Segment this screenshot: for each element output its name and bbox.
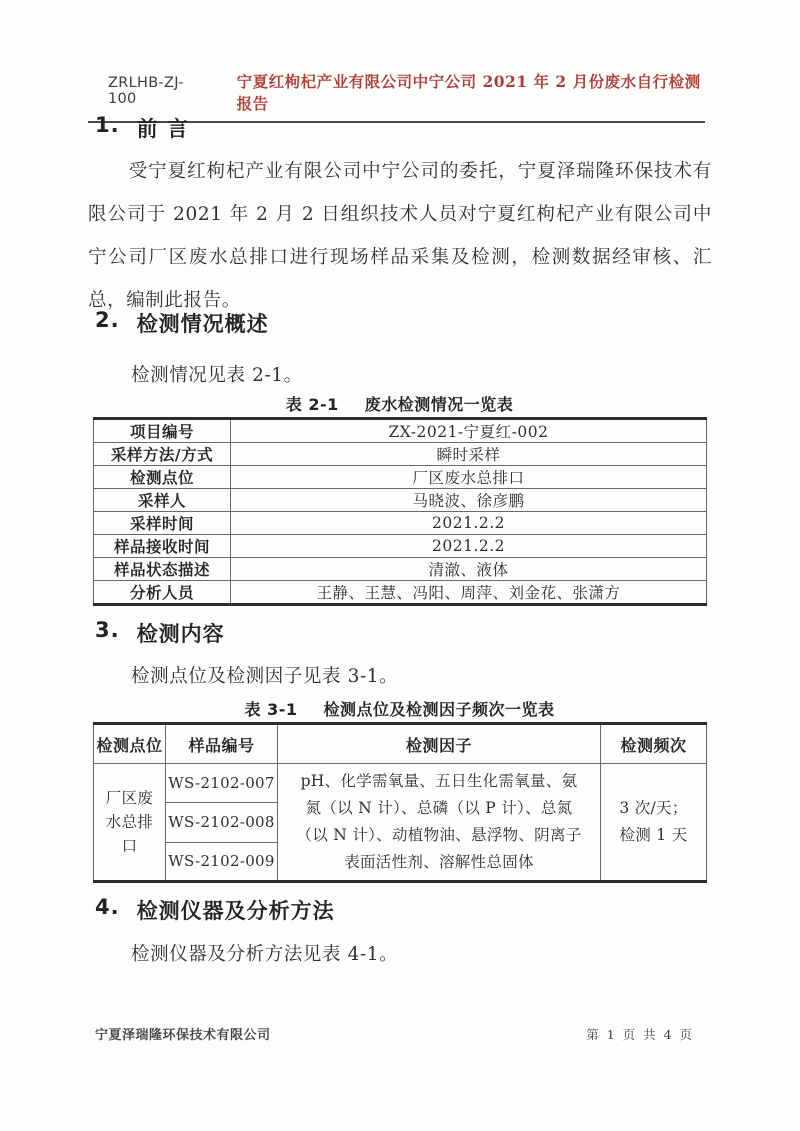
- row-label: 样品接收时间: [94, 535, 231, 558]
- section-4-title: 检测仪器及分析方法: [137, 895, 335, 925]
- row-value: 清澈、液体: [231, 558, 707, 581]
- row-label: 采样方法/方式: [94, 443, 231, 466]
- table-row: 采样时间 2021.2.2: [94, 512, 707, 535]
- section-4-intro: 检测仪器及分析方法见表 4-1。: [131, 940, 398, 966]
- frequency-cell: 3 次/天； 检测 1 天: [601, 764, 707, 882]
- table-row: 样品接收时间 2021.2.2: [94, 535, 707, 558]
- section-2-heading: 2. 检测情况概述: [95, 308, 269, 338]
- section-2-title: 检测情况概述: [137, 308, 269, 338]
- row-label: 检测点位: [94, 466, 231, 489]
- sample-id-cell: WS-2102-009: [166, 842, 278, 881]
- section-3-number: 3.: [95, 618, 120, 648]
- table-3-1-caption: 表 3-1 检测点位及检测因子频次一览表: [93, 697, 706, 720]
- table-2-1-caption-label: 表 2-1: [286, 392, 339, 415]
- row-value: 2021.2.2: [231, 512, 707, 535]
- footer-company-name: 宁夏泽瑞隆环保技术有限公司: [95, 1024, 271, 1043]
- table-3-1-caption-title: 检测点位及检测因子频次一览表: [323, 697, 554, 720]
- table-2-1-caption-title: 废水检测情况一览表: [365, 392, 514, 415]
- col-header-frequency: 检测频次: [601, 724, 707, 764]
- row-label: 样品状态描述: [94, 558, 231, 581]
- report-page: ZRLHB-ZJ-100 宁夏红枸杞产业有限公司中宁公司 2021 年 2 月份…: [0, 0, 800, 1131]
- section-1-paragraph: 受宁夏红枸杞产业有限公司中宁公司的委托，宁夏泽瑞隆环保技术有限公司于 2021 …: [88, 150, 712, 322]
- row-value: 厂区废水总排口: [231, 466, 707, 489]
- table-3-1: 检测点位 样品编号 检测因子 检测频次 厂区废水总排口 WS-2102-007 …: [93, 722, 707, 883]
- row-value: 马晓波、徐彦鹏: [231, 489, 707, 512]
- row-label: 分析人员: [94, 581, 231, 605]
- table-row: 检测点位 厂区废水总排口: [94, 466, 707, 489]
- site-cell: 厂区废水总排口: [94, 764, 166, 882]
- sample-id-cell: WS-2102-008: [166, 803, 278, 842]
- section-2-intro: 检测情况见表 2-1。: [131, 361, 303, 387]
- table-row: 样品状态描述 清澈、液体: [94, 558, 707, 581]
- row-value: 瞬时采样: [231, 443, 707, 466]
- table-2-1-caption: 表 2-1 废水检测情况一览表: [93, 392, 706, 415]
- row-value: 王静、王慧、冯阳、周萍、刘金花、张潇方: [231, 581, 707, 605]
- section-3-title: 检测内容: [137, 618, 225, 648]
- table-row: 分析人员 王静、王慧、冯阳、周萍、刘金花、张潇方: [94, 581, 707, 605]
- row-label: 项目编号: [94, 419, 231, 443]
- row-label: 采样人: [94, 489, 231, 512]
- table-header-row: 检测点位 样品编号 检测因子 检测频次: [94, 724, 707, 764]
- section-4-number: 4.: [95, 895, 120, 925]
- document-title: 宁夏红枸杞产业有限公司中宁公司 2021 年 2 月份废水自行检测报告: [237, 70, 705, 114]
- col-header-factors: 检测因子: [278, 724, 601, 764]
- row-value: ZX-2021-宁夏红-002: [231, 419, 707, 443]
- table-row: 项目编号 ZX-2021-宁夏红-002: [94, 419, 707, 443]
- section-3-intro: 检测点位及检测因子见表 3-1。: [131, 662, 398, 688]
- footer-page-number: 第 1 页 共 4 页: [586, 1025, 694, 1043]
- col-header-site: 检测点位: [94, 724, 166, 764]
- table-3-1-caption-label: 表 3-1: [245, 697, 298, 720]
- section-1-heading: 1. 前 言: [95, 113, 189, 143]
- section-1-title: 前 言: [137, 113, 189, 143]
- section-2-number: 2.: [95, 308, 120, 338]
- col-header-sample-id: 样品编号: [166, 724, 278, 764]
- table-row: 采样方法/方式 瞬时采样: [94, 443, 707, 466]
- document-code: ZRLHB-ZJ-100: [108, 75, 207, 107]
- row-label: 采样时间: [94, 512, 231, 535]
- section-1-number: 1.: [95, 113, 120, 143]
- table-row: 厂区废水总排口 WS-2102-007 pH、化学需氧量、五日生化需氧量、氨氮（…: [94, 764, 707, 803]
- table-2-1: 项目编号 ZX-2021-宁夏红-002 采样方法/方式 瞬时采样 检测点位 厂…: [93, 417, 707, 606]
- factors-cell: pH、化学需氧量、五日生化需氧量、氨氮（以 N 计）、总磷（以 P 计）、总氮（…: [278, 764, 601, 882]
- section-3-heading: 3. 检测内容: [95, 618, 225, 648]
- sample-id-cell: WS-2102-007: [166, 764, 278, 803]
- row-value: 2021.2.2: [231, 535, 707, 558]
- table-row: 采样人 马晓波、徐彦鹏: [94, 489, 707, 512]
- section-4-heading: 4. 检测仪器及分析方法: [95, 895, 335, 925]
